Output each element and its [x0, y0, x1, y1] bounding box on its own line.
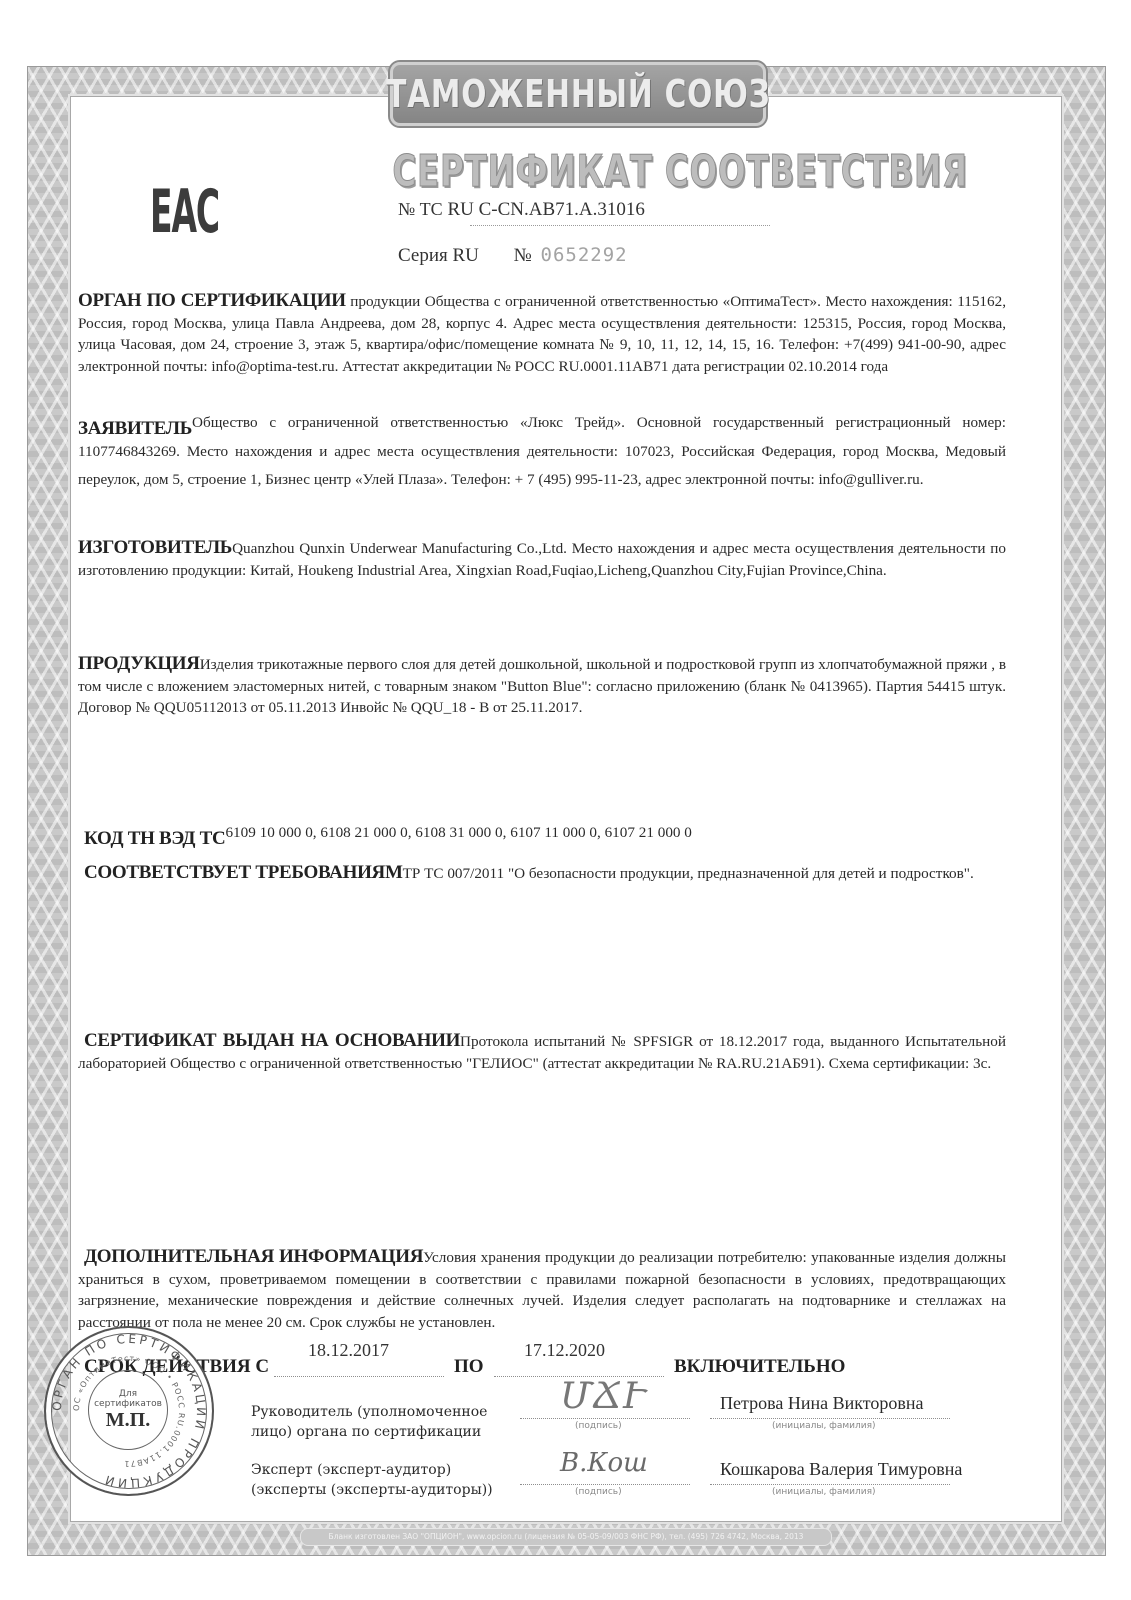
stamp-center-top: Для	[119, 1389, 137, 1399]
printer-note: Бланк изготовлен ЗАО "ОПЦИОН", www.opcio…	[300, 1528, 832, 1546]
stamp-center-mid: сертификатов	[94, 1399, 162, 1409]
validity-period: СРОК ДЕЙСТВИЯ С 18.12.2017 ПО 17.12.2020…	[84, 1340, 984, 1380]
certificate-number-label: № ТС	[398, 199, 443, 219]
expert-role-label: Эксперт (эксперт-аудитор) (эксперты (экс…	[251, 1460, 501, 1500]
head-role-label: Руководитель (уполномоченное лицо) орган…	[251, 1402, 501, 1442]
section-heading: ПРОДУКЦИЯ	[78, 653, 200, 674]
document-title: СЕРТИФИКАТ СООТВЕТСТВИЯ	[392, 146, 747, 197]
stamp-mp: М.П.	[106, 1409, 150, 1432]
section-applicant: ЗАЯВИТЕЛЬОбщество с ограниченной ответст…	[78, 412, 1006, 498]
blank-number-label: №	[514, 245, 532, 266]
expert-name: Кошкарова Валерия Тимуровна	[720, 1459, 962, 1480]
divider	[520, 1484, 690, 1485]
section-hs-code: КОД ТН ВЭД ТС6109 10 000 0, 6108 21 000 …	[84, 822, 1012, 851]
section-text: Общество с ограниченной ответственностью…	[78, 414, 1006, 488]
head-name: Петрова Нина Викторовна	[720, 1393, 923, 1414]
expert-signature: В.Кош	[560, 1448, 648, 1478]
official-stamp: ОРГАН ПО СЕРТИФИКАЦИИ ПРОДУКЦИИ ОС «Опти…	[44, 1326, 214, 1496]
divider	[710, 1484, 950, 1485]
name-caption: (инициалы, фамилия)	[772, 1421, 876, 1431]
section-text: ТР ТС 007/2011 "О безопасности продукции…	[403, 865, 974, 882]
divider	[710, 1418, 950, 1419]
section-conforms-to: СООТВЕТСТВУЕТ ТРЕБОВАНИЯМТР ТС 007/2011 …	[78, 862, 1006, 885]
section-heading: СООТВЕТСТВУЕТ ТРЕБОВАНИЯМ	[84, 862, 403, 883]
union-ribbon: ТАМОЖЕННЫЙ СОЮЗ	[390, 62, 766, 126]
section-issued-basis: СЕРТИФИКАТ ВЫДАН НА ОСНОВАНИИПротокола и…	[78, 1030, 1006, 1074]
blank-series: Серия RU № 0652292	[398, 244, 628, 267]
section-product: ПРОДУКЦИЯИзделия трикотажные первого сло…	[78, 653, 1006, 719]
section-certification-body: ОРГАН ПО СЕРТИФИКАЦИИ продукции Общества…	[78, 290, 1006, 377]
eac-mark-icon: EAC	[150, 177, 219, 247]
union-title: ТАМОЖЕННЫЙ СОЮЗ	[386, 72, 770, 116]
section-text: 6109 10 000 0, 6108 21 000 0, 6108 31 00…	[225, 824, 691, 841]
validity-inclusive-label: ВКЛЮЧИТЕЛЬНО	[674, 1356, 845, 1378]
section-manufacturer: ИЗГОТОВИТЕЛЬQuanzhou Qunxin Underwear Ma…	[78, 537, 1006, 581]
section-heading: КОД ТН ВЭД ТС	[84, 828, 225, 849]
certificate-number-value: RU C-CN.AB71.A.31016	[447, 199, 644, 220]
section-heading: ОРГАН ПО СЕРТИФИКАЦИИ	[78, 290, 346, 311]
section-additional-info: ДОПОЛНИТЕЛЬНАЯ ИНФОРМАЦИЯУсловия хранени…	[78, 1246, 1006, 1333]
section-heading: ИЗГОТОВИТЕЛЬ	[78, 537, 232, 558]
section-heading: ЗАЯВИТЕЛЬ	[78, 418, 192, 439]
series-label: Серия RU	[398, 245, 479, 266]
signature-caption: (подпись)	[575, 1421, 622, 1431]
divider	[520, 1418, 690, 1419]
section-heading: ДОПОЛНИТЕЛЬНАЯ ИНФОРМАЦИЯ	[84, 1246, 423, 1267]
validity-to-date: 17.12.2020	[524, 1340, 605, 1361]
divider	[274, 1376, 444, 1377]
validity-from-date: 18.12.2017	[308, 1340, 389, 1361]
validity-to-label: ПО	[454, 1356, 484, 1378]
section-text: Изделия трикотажные первого слоя для дет…	[78, 656, 1006, 716]
blank-number: 0652292	[541, 244, 628, 266]
signature-caption: (подпись)	[575, 1487, 622, 1497]
name-caption: (инициалы, фамилия)	[772, 1487, 876, 1497]
section-heading: СЕРТИФИКАТ ВЫДАН НА ОСНОВАНИИ	[84, 1030, 460, 1051]
head-signature: ՄՃՒ	[560, 1376, 645, 1417]
divider	[470, 225, 770, 226]
certificate-number: № ТС RU C-CN.AB71.A.31016	[398, 199, 645, 221]
stamp-center: Для сертификатов М.П.	[88, 1370, 168, 1450]
